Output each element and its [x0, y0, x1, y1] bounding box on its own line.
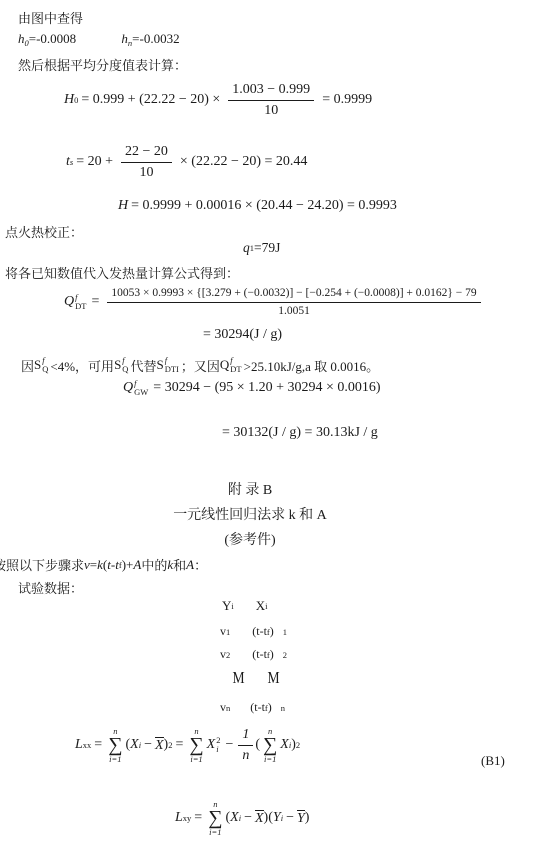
math-token-overbar: X	[155, 737, 164, 753]
math-token: 2	[226, 650, 230, 660]
sigma-symbol: ∑	[108, 736, 122, 755]
numerator: 1.003 − 0.999	[228, 81, 314, 101]
math-token: =-0.0032	[132, 31, 179, 46]
math-token: −	[225, 737, 233, 753]
math-token: 2	[283, 650, 287, 660]
text-token: ；又因	[181, 356, 220, 375]
math-token: −	[244, 810, 252, 826]
data-table-header: Yi Xi	[222, 598, 268, 614]
math-token: X	[207, 737, 216, 753]
fraction: 1n	[238, 726, 253, 764]
formula-qgw-result: = 30132(J / g) = 30.13kJ / g	[222, 425, 378, 441]
math-token: S	[34, 357, 41, 373]
math-token: i	[139, 740, 141, 750]
formula-qgw: QfGW = 30294 − (95 × 1.20 + 30294 × 0.00…	[123, 379, 384, 398]
math-token: =	[90, 557, 97, 573]
math-token: (t-t	[250, 700, 265, 715]
fraction: 10053 × 0.9993 × {[3.279 + (−0.0032)] − …	[107, 286, 480, 318]
sigma-lower-limit: i=1	[209, 828, 221, 837]
math-token: i	[281, 813, 283, 823]
math-token: DT	[230, 365, 241, 374]
math-token: 0	[74, 95, 78, 105]
fraction: 1.003 − 0.99910	[228, 81, 314, 119]
text-token: 按照以下步骤求	[0, 555, 84, 574]
math-token: n	[281, 703, 285, 713]
vertical-ellipsis: M	[268, 668, 280, 688]
math-token: Q	[220, 357, 229, 373]
math-token: Q	[64, 294, 74, 310]
sigma-operator: n∑i=1	[208, 800, 222, 836]
line-step: 按照以下步骤求 v=k(t-tf)+A 中的 k 和 A：	[0, 555, 207, 574]
table-row: v2 (t-tf) 2	[220, 647, 287, 662]
col-header-x: X	[256, 598, 265, 614]
math-token: (t-t	[252, 624, 267, 639]
denominator: n	[242, 746, 249, 765]
text-token: >25.10kJ/g,a 取 0.0016。	[244, 356, 380, 375]
formula-h0: H0 = 0.999 + (22.22 − 20) × 1.003 − 0.99…	[64, 78, 375, 122]
math-token: =	[194, 810, 202, 826]
formula-qdt: QfDT = 10053 × 0.9993 × {[3.279 + (−0.00…	[64, 283, 486, 321]
line-intro: 由图中查得	[18, 8, 83, 27]
math-token: )	[270, 647, 274, 662]
math-token: (t-t	[252, 647, 267, 662]
sigma-symbol: ∑	[189, 736, 203, 755]
table-row: v1 (t-tf) 1	[220, 624, 287, 639]
math-token: xy	[183, 813, 192, 823]
math-token-overbar: X	[255, 810, 264, 826]
data-table-vdots: M M	[231, 668, 281, 688]
sigma-operator: n∑i=1	[263, 727, 277, 763]
math-token: =	[91, 294, 99, 310]
math-token: n	[226, 703, 230, 713]
math-token: Q	[122, 365, 128, 374]
value-hn: hn=-0.0032	[121, 31, 179, 46]
denominator: 10	[139, 163, 153, 182]
math-token: i	[265, 601, 267, 611]
text-token: 和	[173, 555, 186, 574]
math-token: = 0.9999 + 0.00016 × (20.44 − 24.20) = 0…	[131, 198, 397, 214]
line-avg-note: 然后根据平均分度值表计算：	[18, 55, 187, 74]
math-token: GW	[134, 388, 148, 397]
math-token: DTI	[165, 365, 179, 374]
text-token: 因	[21, 356, 34, 375]
math-token: = 30294 − (95 × 1.20 + 30294 × 0.0016)	[153, 380, 380, 396]
sigma-lower-limit: i=1	[190, 755, 202, 764]
text-token: <4%，可用	[50, 356, 114, 375]
math-token: 2	[296, 740, 300, 750]
math-token: = 30294(J / g)	[203, 327, 282, 343]
col-header-y: Y	[222, 598, 231, 614]
math-token: s	[70, 157, 73, 167]
math-token: × (22.22 − 20) = 20.44	[180, 154, 308, 170]
sigma-symbol: ∑	[208, 809, 222, 828]
sigma-lower-limit: i=1	[264, 755, 276, 764]
sigma-operator: n∑i=1	[108, 727, 122, 763]
line-ignition: 点火热校正：	[5, 222, 83, 241]
math-token: A	[186, 557, 194, 573]
math-token: DT	[75, 302, 86, 311]
line-sulfur-note: 因 SfQ <4%，可用 SfQ 代替 SfDTI ；又因 QfDT >25.1…	[21, 352, 379, 378]
math-token: (	[255, 737, 260, 753]
math-token: X	[230, 810, 239, 826]
line-substitute: 将各已知数值代入发热量计算公式得到：	[5, 263, 239, 282]
formula-qdt-result: = 30294(J / g)	[203, 327, 282, 343]
math-token: =	[175, 737, 183, 753]
sigma-lower-limit: i=1	[109, 755, 121, 764]
line-data-label: 试验数据：	[18, 578, 83, 597]
formula-lxx: Lxx = n∑i=1 (Xi − X)2 = n∑i=1 X2i − 1n (…	[75, 722, 300, 768]
math-token: =79J	[254, 240, 280, 256]
table-row: vn (t-tf) n	[220, 700, 285, 715]
math-token: S	[156, 357, 163, 373]
math-token: =-0.0008	[29, 31, 76, 46]
value-h0: h0=-0.0008	[18, 31, 76, 46]
denominator: 10	[264, 101, 278, 120]
appendix-subtitle: 一元线性回归法求 k 和 A	[0, 504, 500, 524]
math-token: S	[114, 357, 121, 373]
math-token: i	[216, 745, 218, 754]
math-token: )	[270, 624, 274, 639]
formula-ts: ts = 20 + 22 − 2010 × (22.22 − 20) = 20.…	[66, 140, 310, 184]
math-token: Q	[123, 380, 133, 396]
math-token-overbar: Y	[297, 810, 305, 826]
math-token: =	[94, 737, 102, 753]
math-token: q	[243, 240, 250, 256]
math-token: Q	[42, 365, 48, 374]
numerator: 10053 × 0.9993 × {[3.279 + (−0.0032)] − …	[107, 286, 480, 302]
math-token: −	[144, 737, 152, 753]
math-token: H	[118, 198, 128, 214]
math-token: A	[133, 557, 141, 573]
sigma-symbol: ∑	[263, 736, 277, 755]
math-token: = 20 +	[76, 154, 113, 170]
math-token: X	[130, 737, 139, 753]
math-token: i	[239, 813, 241, 823]
vertical-ellipsis: M	[233, 668, 245, 688]
math-token: )	[305, 810, 310, 826]
text-token: 中的	[141, 555, 167, 574]
numerator: 1	[238, 726, 253, 746]
math-token: xx	[83, 740, 92, 750]
appendix-title: 附 录 B	[0, 479, 500, 499]
sigma-operator: n∑i=1	[189, 727, 203, 763]
equation-label-b1: (B1)	[481, 753, 505, 769]
denominator: 1.0051	[278, 303, 310, 318]
math-token: H	[64, 92, 74, 108]
math-token: = 30132(J / g) = 30.13kJ / g	[222, 425, 378, 441]
math-token: )	[268, 700, 272, 715]
appendix-ref-note: (参考件)	[0, 529, 500, 549]
formula-lxy: Lxy = n∑i=1 (Xi − X)(Yi − Y)	[175, 795, 309, 841]
math-token: X	[280, 737, 289, 753]
math-token: = 0.9999	[322, 92, 372, 108]
document-page: 由图中查得 h0=-0.0008 hn=-0.0032 然后根据平均分度值表计算…	[0, 0, 534, 850]
math-token: L	[175, 810, 183, 826]
text-token: 代替	[130, 356, 156, 375]
fraction: 22 − 2010	[121, 143, 172, 181]
math-token: = 0.999 + (22.22 − 20) ×	[81, 92, 220, 108]
value-q1: q1=79J	[243, 240, 280, 256]
text-token: ：	[194, 555, 207, 574]
line-h-values: h0=-0.0008 hn=-0.0032	[18, 31, 180, 48]
math-token: 1	[226, 627, 230, 637]
math-token: −	[286, 810, 294, 826]
numerator: 22 − 20	[121, 143, 172, 163]
math-token: Y	[273, 810, 281, 826]
math-token: 1	[283, 627, 287, 637]
formula-h: H = 0.9999 + 0.00016 × (20.44 − 24.20) =…	[118, 198, 400, 214]
math-token: L	[75, 737, 83, 753]
math-token: 2	[168, 740, 172, 750]
math-token: i	[231, 601, 233, 611]
math-token: )+	[122, 557, 134, 573]
